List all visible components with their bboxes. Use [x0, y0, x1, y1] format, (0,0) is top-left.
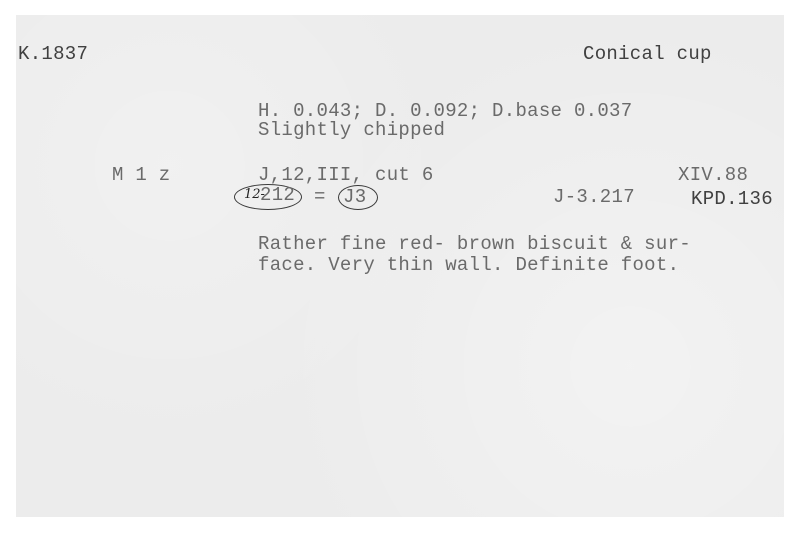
- cross-ref-number: 212: [260, 185, 295, 205]
- object-type: Conical cup: [583, 44, 712, 64]
- dimensions: H. 0.043; D. 0.092; D.base 0.037: [258, 101, 632, 121]
- catalog-card: K.1837 Conical cup H. 0.043; D. 0.092; D…: [16, 15, 784, 517]
- catalog-number: K.1837: [18, 44, 88, 64]
- condition: Slightly chipped: [258, 120, 445, 140]
- publication-ref: KPD.136: [691, 189, 773, 209]
- equals-sign: =: [314, 187, 326, 207]
- description-line-2: face. Very thin wall. Definite foot.: [258, 255, 679, 275]
- plate-ref: XIV.88: [678, 165, 748, 185]
- circled-ref: J3: [343, 187, 366, 207]
- find-location: J,12,III, cut 6: [258, 165, 434, 185]
- description-line-1: Rather fine red- brown biscuit & sur-: [258, 234, 691, 254]
- cross-ref-mid: J-3.217: [553, 187, 635, 207]
- context-code: M 1 z: [112, 165, 171, 185]
